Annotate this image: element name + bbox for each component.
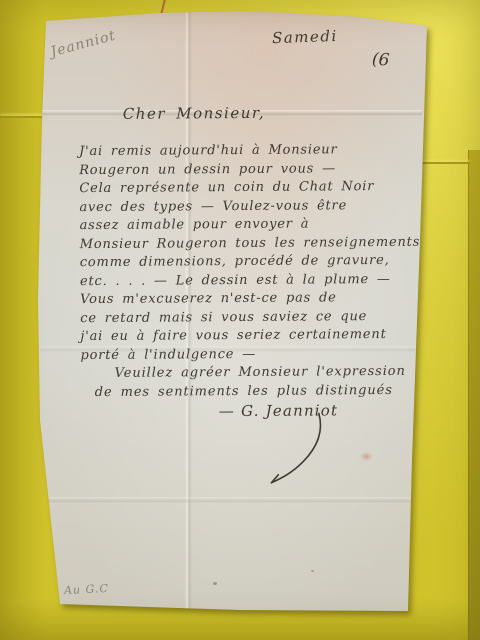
letter-line: Cela représente un coin du Chat Noir <box>79 178 420 199</box>
paper-crease-bottom <box>40 497 422 503</box>
inventory-number: (6 <box>371 49 390 70</box>
letter-line: comme dimensions, procédé de gravure, <box>80 252 421 273</box>
letter-line: j'ai eu à faire vous seriez certainement <box>80 326 421 347</box>
letter-line: etc. . . . — Le dessin est à la plume — <box>80 270 421 291</box>
paper-speck <box>213 582 217 585</box>
pencil-note-bottom: Au G.C <box>64 582 109 597</box>
paper-corner-chip <box>44 595 59 609</box>
foxing-stain <box>360 452 373 461</box>
letter-paper: Jeanniot Samedi (6 Cher Monsieur, J'ai r… <box>0 0 480 640</box>
letter-line: Monsieur Rougeron tous les renseignement… <box>80 233 421 254</box>
letter-closing-line: Veuillez agréer Monsieur l'expression <box>115 364 406 381</box>
letter-line: J'ai remis aujourd'hui à Monsieur <box>79 141 420 162</box>
letter-line: porté à l'indulgence — <box>80 344 421 365</box>
letter-body: J'ai remis aujourd'hui à MonsieurRougero… <box>79 141 421 365</box>
letter-line: Vous m'excuserez n'est-ce pas de <box>80 289 421 310</box>
letter-text-block: Cher Monsieur, J'ai remis aujourd'hui à … <box>0 0 480 2</box>
letter-date: Samedi <box>272 27 338 47</box>
letter-line: assez aimable pour envoyer à <box>80 215 421 236</box>
letter-line: ce retard mais si vous saviez ce que <box>80 307 421 328</box>
photo-background: Jeanniot Samedi (6 Cher Monsieur, J'ai r… <box>0 0 480 640</box>
letter-salutation: Cher Monsieur, <box>123 104 265 123</box>
letter-line: avec des types — Voulez-vous être <box>79 196 420 217</box>
letter-paper-shadow: Jeanniot Samedi (6 Cher Monsieur, J'ai r… <box>0 0 480 640</box>
paper-speck <box>311 570 314 572</box>
signature-flourish <box>253 404 344 495</box>
pencil-note-jeanniot: Jeanniot <box>49 28 118 61</box>
letter-line: Rougeron un dessin pour vous — <box>79 159 420 180</box>
letter-closing-line: de mes sentiments les plus distingués <box>95 383 393 400</box>
